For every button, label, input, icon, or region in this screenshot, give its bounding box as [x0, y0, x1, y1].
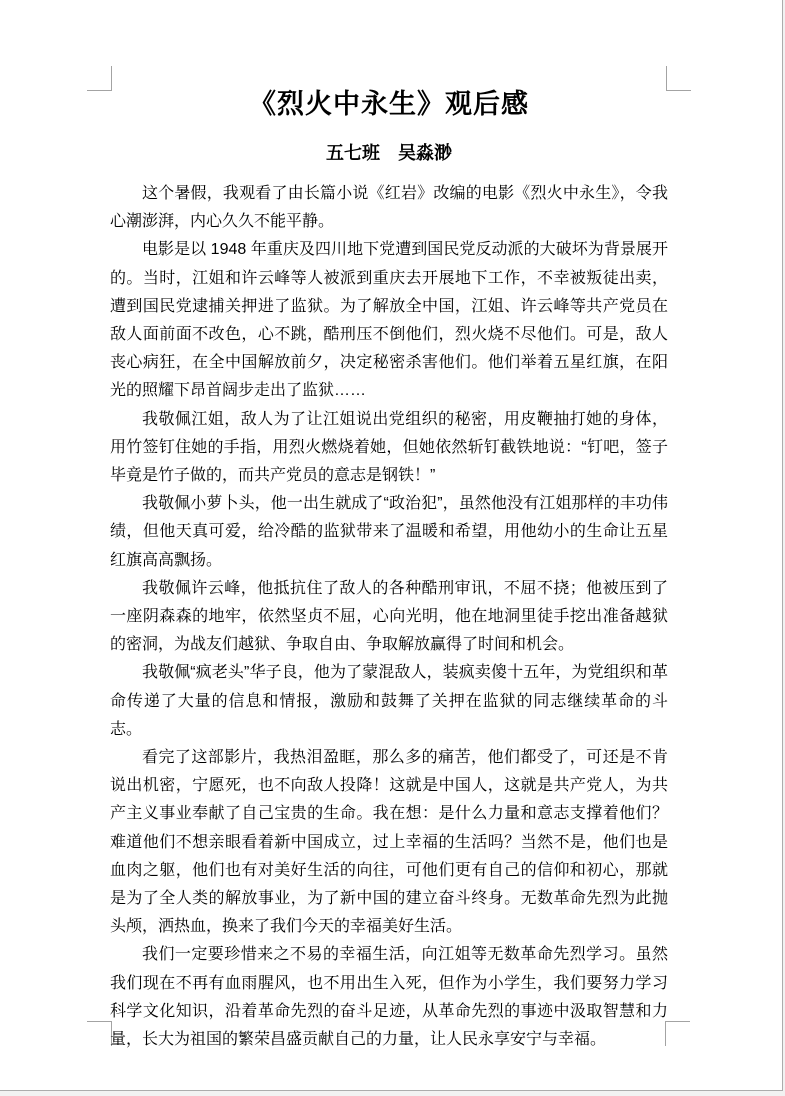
- paragraph-6: 我敬佩“疯老头”华子良，他为了蒙混敌人，装疯卖傻十五年，为党组织和革命传递了大量…: [110, 659, 668, 744]
- text-area: 《烈火中永生》观后感 五七班 吴淼渺 这个暑假，我观看了由长篇小说《红岩》改编的…: [110, 84, 668, 1054]
- paragraph-1: 这个暑假，我观看了由长篇小说《红岩》改编的电影《烈火中永生》，令我心潮澎湃，内心…: [110, 180, 668, 236]
- margin-crop-mark-top-right: [666, 66, 691, 91]
- margin-crop-mark-bottom-left: [87, 1021, 112, 1046]
- paragraph-2: 电影是以 1948 年重庆及四川地下党遭到国民党反动派的大破坏为背景展开的。当时…: [110, 236, 668, 405]
- margin-crop-mark-bottom-right: [665, 1021, 690, 1046]
- document-page: 《烈火中永生》观后感 五七班 吴淼渺 这个暑假，我观看了由长篇小说《红岩》改编的…: [0, 0, 783, 1091]
- margin-crop-mark-top-left: [87, 66, 112, 91]
- paragraph-5: 我敬佩许云峰，他抵抗住了敌人的各种酷刑审讯，不屈不挠；他被压到了一座阴森森的地牢…: [110, 575, 668, 660]
- paragraph-7: 看完了这部影片，我热泪盈眶，那么多的痛苦，他们都受了，可还是不肯说出机密，宁愿死…: [110, 744, 668, 941]
- paragraph-8: 我们一定要珍惜来之不易的幸福生活，向江姐等无数革命先烈学习。虽然我们现在不再有血…: [110, 941, 668, 1054]
- paragraph-4: 我敬佩小萝卜头，他一出生就成了“政治犯”，虽然他没有江姐那样的丰功伟绩，但他天真…: [110, 490, 668, 575]
- document-byline: 五七班 吴淼渺: [110, 138, 668, 168]
- document-title: 《烈火中永生》观后感: [110, 84, 668, 124]
- document-body: 这个暑假，我观看了由长篇小说《红岩》改编的电影《烈火中永生》，令我心潮澎湃，内心…: [110, 180, 668, 1054]
- paragraph-3: 我敬佩江姐，敌人为了让江姐说出党组织的秘密，用皮鞭抽打她的身体，用竹签钉住她的手…: [110, 406, 668, 491]
